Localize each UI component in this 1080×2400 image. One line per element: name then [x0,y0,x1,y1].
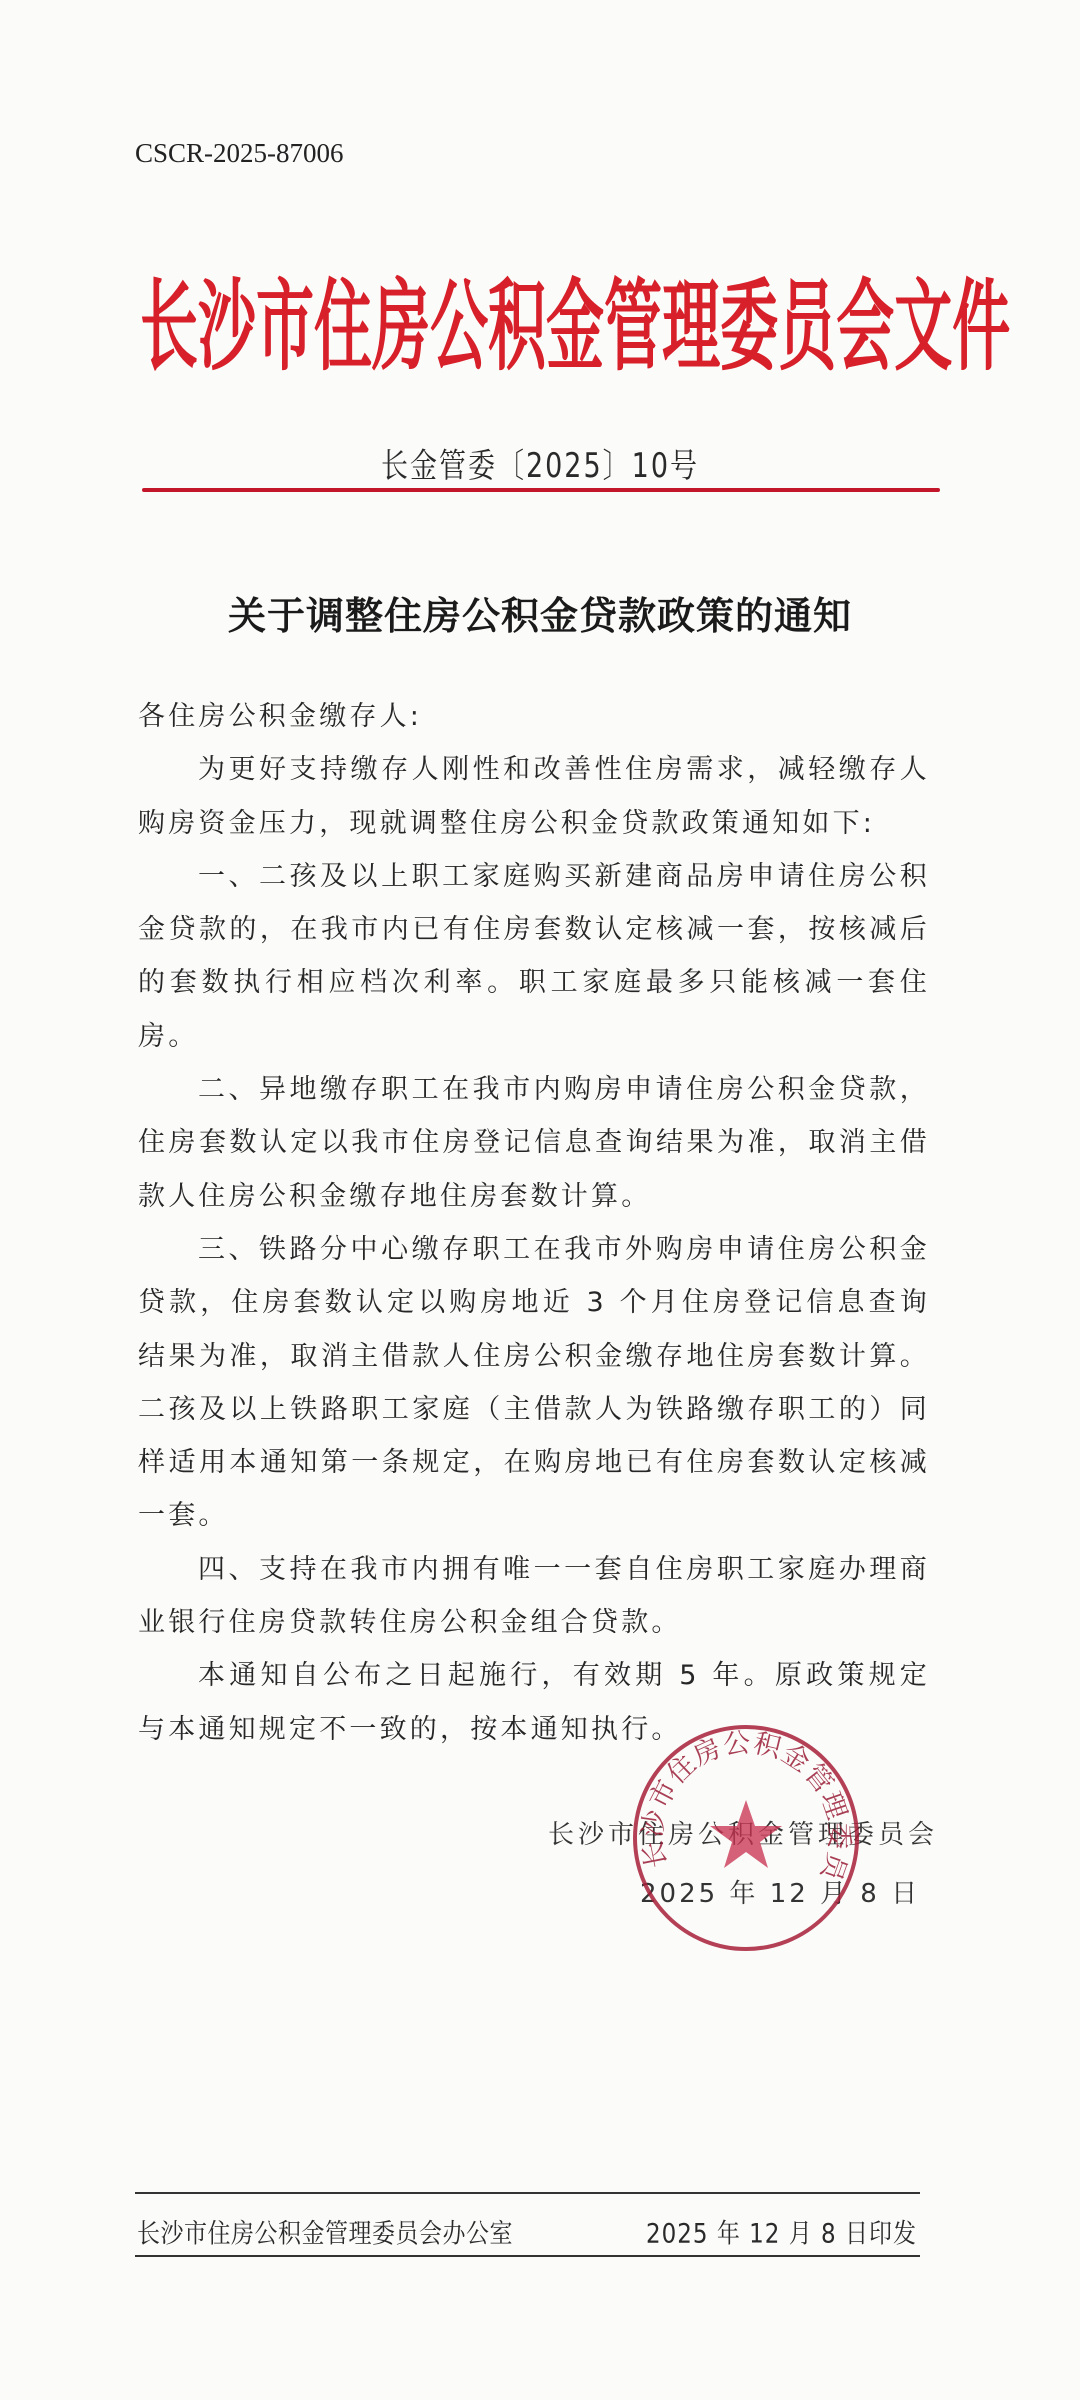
issuer-header-char: 委 [720,247,778,390]
footer-print-date: 2025 年 12 月 8 日印发 [646,2215,917,2248]
salutation: 各住房公积金缴存人: [138,690,930,743]
footer-office: 长沙市住房公积金管理委员会办公室 [137,2215,513,2248]
issuer-header-char: 会 [836,247,894,390]
issuer-header-char: 市 [256,247,314,390]
issuer-header-char: 积 [488,247,546,390]
intro-paragraph: 为更好支持缴存人刚性和改善性住房需求，减轻缴存人购房资金压力，现就调整住房公积金… [138,743,930,850]
official-seal-icon: 长沙市住房公积金管理委员会 [630,1722,862,1954]
policy-item-1: 一、二孩及以上职工家庭购买新建商品房申请住房公积金贷款的，在我市内已有住房套数认… [138,850,930,1063]
issuer-header-char: 金 [546,247,604,390]
footer-office-text: 长沙市住房公积金管理委员会办公室 [137,2213,513,2251]
notice-body: 各住房公积金缴存人: 为更好支持缴存人刚性和改善性住房需求，减轻缴存人购房资金压… [138,690,930,1756]
issuer-header-char: 房 [372,247,430,390]
issuer-header-char: 住 [314,247,372,390]
issuer-header-char: 文 [894,247,952,390]
issuer-header-char: 理 [662,247,720,390]
issuer-header-char: 公 [430,247,488,390]
issuer-header: 长 沙 市 住 房 公 积 金 管 理 委 员 会 文 件 [140,262,930,374]
red-separator-rule [142,488,940,492]
footer-print-date-text: 2025 年 12 月 8 日印发 [646,2213,917,2251]
policy-item-4: 四、支持在我市内拥有唯一一套自住房职工家庭办理商业银行住房贷款转住房公积金组合贷… [138,1543,930,1650]
issuer-header-char: 员 [778,247,836,390]
document-number-text: 长金管委〔2025〕10号 [381,438,699,487]
footer-top-rule [135,2192,920,2194]
footer-bottom-rule [135,2255,920,2257]
issuer-header-char: 管 [604,247,662,390]
notice-title: 关于调整住房公积金贷款政策的通知 [0,585,1080,640]
issuer-header-char: 长 [140,247,198,390]
svg-text:长沙市住房公积金管理委员会: 长沙市住房公积金管理委员会 [630,1722,854,1886]
issuer-header-char: 件 [952,247,1010,390]
serial-number: CSCR-2025-87006 [135,138,344,169]
issuer-header-char: 沙 [198,247,256,390]
policy-item-2: 二、异地缴存职工在我市内购房申请住房公积金贷款，住房套数认定以我市住房登记信息查… [138,1063,930,1223]
seal-arc-text: 长沙市住房公积金管理委员会 [630,1722,854,1886]
policy-item-3: 三、铁路分中心缴存职工在我市外购房申请住房公积金贷款，住房套数认定以购房地近 3… [138,1223,930,1543]
document-number: 长金管委〔2025〕10号 [0,443,1080,482]
document-page: CSCR-2025-87006 长 沙 市 住 房 公 积 金 管 理 委 员 … [0,0,1080,2400]
